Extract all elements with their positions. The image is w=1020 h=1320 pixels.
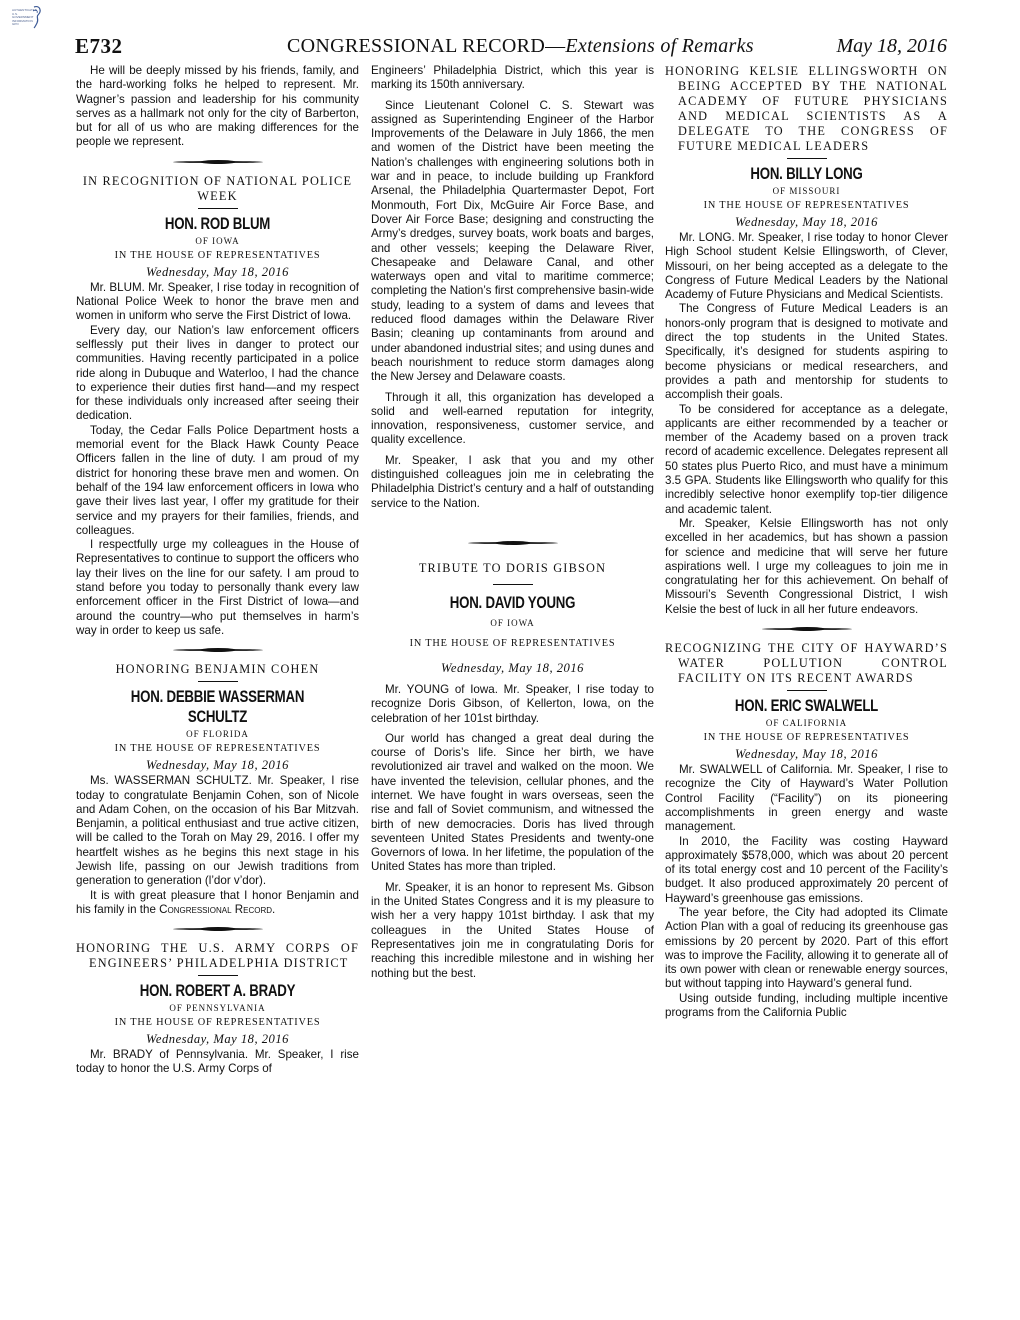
paragraph: Mr. SWALWELL of California. Mr. Speaker,…: [665, 763, 948, 834]
member-name: HON. ROD BLUM: [107, 214, 328, 234]
member-name: HON. DEBBIE WASSERMAN SCHULTZ: [107, 687, 328, 727]
publication-name: CONGRESSIONAL RECORD: [287, 35, 545, 57]
column-1: He will be deeply missed by his friends,…: [76, 64, 359, 1077]
section-name: Extensions of Remarks: [565, 35, 754, 57]
paragraph: Mr. Speaker, I ask that you and my other…: [371, 454, 654, 511]
dateline: Wednesday, May 18, 2016: [371, 659, 654, 677]
dateline: Wednesday, May 18, 2016: [76, 263, 359, 281]
column-2: Engineers’ Philadelphia District, which …: [371, 64, 654, 981]
heading-rule: [493, 584, 533, 585]
member-state: OF FLORIDA: [76, 728, 359, 741]
section-separator: [173, 927, 263, 931]
member-name: HON. ERIC SWALWELL: [696, 696, 917, 716]
paragraph: The Congress of Future Medical Leaders i…: [665, 302, 948, 402]
chamber: IN THE HOUSE OF REPRESENTATIVES: [76, 741, 359, 756]
member-name: HON. ROBERT A. BRADY: [107, 981, 328, 1001]
member-name: HON. DAVID YOUNG: [402, 593, 623, 613]
paragraph: Using outside funding, including multipl…: [665, 992, 948, 1021]
header-date: May 18, 2016: [836, 35, 947, 58]
heading-rule: [198, 208, 238, 209]
dateline: Wednesday, May 18, 2016: [76, 1030, 359, 1048]
extension-heading: IN RECOGNITION OF NATIONAL POLICE WEEK: [76, 174, 359, 204]
member-state: OF PENNSYLVANIA: [76, 1002, 359, 1015]
heading-rule: [198, 681, 238, 682]
paragraph: Engineers’ Philadelphia District, which …: [371, 64, 654, 93]
chamber: IN THE HOUSE OF REPRESENTATIVES: [665, 730, 948, 745]
extension-heading: RECOGNIZING THE CITY OF HAYWARD’S WATER …: [665, 641, 948, 686]
extension-young: TRIBUTE TO DORIS GIBSON HON. DAVID YOUNG…: [371, 561, 654, 981]
chamber: IN THE HOUSE OF REPRESENTATIVES: [371, 636, 654, 651]
extension-heading: TRIBUTE TO DORIS GIBSON: [371, 561, 654, 576]
page-header: E732 CONGRESSIONAL RECORD—Extensions of …: [75, 34, 947, 60]
paragraph: It is with great pleasure that I honor B…: [76, 889, 359, 918]
title-dash: —: [545, 35, 565, 57]
paragraph: Through it all, this organization has de…: [371, 391, 654, 448]
extension-heading: HONORING KELSIE ELLINGSWORTH ON BEING AC…: [665, 64, 948, 154]
member-state: OF MISSOURI: [665, 185, 948, 198]
paragraph: Mr. LONG. Mr. Speaker, I rise today to h…: [665, 231, 948, 302]
extension-heading: HONORING BENJAMIN COHEN: [76, 662, 359, 677]
member-state: OF IOWA: [76, 235, 359, 248]
chamber: IN THE HOUSE OF REPRESENTATIVES: [665, 198, 948, 213]
member-name: HON. BILLY LONG: [696, 164, 917, 184]
paragraph: Today, the Cedar Falls Police Department…: [76, 424, 359, 538]
gpo-eagle-icon: [32, 5, 42, 29]
member-state: OF IOWA: [371, 617, 654, 630]
extension-wasserman-schultz: HONORING BENJAMIN COHEN HON. DEBBIE WASS…: [76, 662, 359, 917]
paragraph: Since Lieutenant Colonel C. S. Stewart w…: [371, 99, 654, 385]
paragraph: Mr. Speaker, Kelsie Ellingsworth has not…: [665, 517, 948, 617]
paragraph: Mr. Speaker, it is an honor to represent…: [371, 881, 654, 981]
extension-brady: HONORING THE U.S. ARMY CORPS OF ENGINEER…: [76, 941, 359, 1077]
heading-rule: [787, 690, 827, 691]
closing-period: .: [272, 903, 275, 916]
congressional-record-ref: Congressional Record: [159, 903, 272, 916]
dateline: Wednesday, May 18, 2016: [76, 756, 359, 774]
chamber: IN THE HOUSE OF REPRESENTATIVES: [76, 1015, 359, 1030]
paragraph: Ms. WASSERMAN SCHULTZ. Mr. Speaker, I ri…: [76, 774, 359, 888]
extension-swalwell: RECOGNIZING THE CITY OF HAYWARD’S WATER …: [665, 641, 948, 1020]
chamber: IN THE HOUSE OF REPRESENTATIVES: [76, 248, 359, 263]
extension-blum: IN RECOGNITION OF NATIONAL POLICE WEEK H…: [76, 174, 359, 638]
column-3: HONORING KELSIE ELLINGSWORTH ON BEING AC…: [665, 64, 948, 1020]
section-separator: [762, 627, 852, 631]
section-separator: [173, 160, 263, 164]
paragraph: He will be deeply missed by his friends,…: [76, 64, 359, 150]
section-separator: [468, 541, 558, 545]
paragraph: The year before, the City had adopted it…: [665, 906, 948, 992]
paragraph: In 2010, the Facility was costing Haywar…: [665, 835, 948, 906]
heading-rule: [198, 975, 238, 976]
paragraph: Mr. YOUNG of Iowa. Mr. Speaker, I rise t…: [371, 683, 654, 726]
paragraph: Mr. BLUM. Mr. Speaker, I rise today in r…: [76, 281, 359, 324]
publication-title: CONGRESSIONAL RECORD—Extensions of Remar…: [287, 35, 754, 58]
paragraph: Every day, our Nation’s law enforcement …: [76, 324, 359, 424]
paragraph: Mr. BRADY of Pennsylvania. Mr. Speaker, …: [76, 1048, 359, 1077]
dateline: Wednesday, May 18, 2016: [665, 745, 948, 763]
page-number: E732: [75, 34, 123, 59]
paragraph: Our world has changed a great deal durin…: [371, 732, 654, 875]
section-separator: [173, 648, 263, 652]
paragraph: To be considered for acceptance as a del…: [665, 403, 948, 517]
paragraph: I respectfully urge my colleagues in the…: [76, 538, 359, 638]
dateline: Wednesday, May 18, 2016: [665, 213, 948, 231]
heading-rule: [787, 158, 827, 159]
gpo-logo: AUTHENTICATED U.S. GOVERNMENT INFORMATIO…: [12, 5, 42, 31]
extension-heading: HONORING THE U.S. ARMY CORPS OF ENGINEER…: [76, 941, 359, 971]
extension-long: HONORING KELSIE ELLINGSWORTH ON BEING AC…: [665, 64, 948, 617]
member-state: OF CALIFORNIA: [665, 717, 948, 730]
